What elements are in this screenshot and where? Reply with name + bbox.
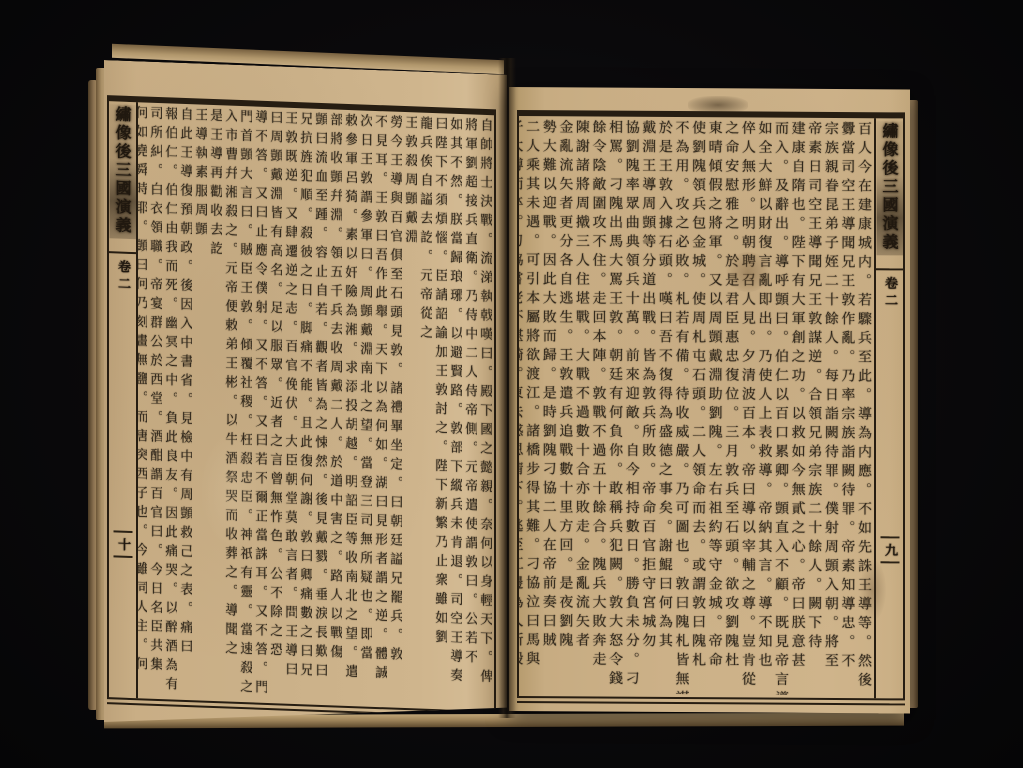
text-column: 宗族親眷昆弟子姪二十餘人。每日詣闕待罪。僕射周顗入朝。將至 bbox=[822, 121, 839, 695]
right-page-text-columns: 百人今在建康城内。若驟兵至此。導為内應。不如先誅王導等。然後釁當司空王導聞兄王敦… bbox=[519, 116, 874, 698]
text-column: 將軍劉超接兵直衛。乃侍中二人侍帝側。元帝遣使謂敦曰。公若不 bbox=[462, 117, 477, 708]
text-column: 勞今王導與百官俱至石頭見敦。諸禮畢坐定。曰朝廷謚兄罷兵。敦 bbox=[387, 114, 402, 705]
text-column: 二人乘其未遇。可引本屬將欲渡江。諸橋步得其難。刁協泣曰馬與 bbox=[524, 119, 541, 693]
text-column: 使劉隗領兵包金城。使周札屯石頭。二人領命而去。或謂敦曰隗札 bbox=[689, 120, 706, 694]
text-column: 之命安慰雅之。於是君臣惠忠復位。三月敦兵至石頭。欲攻劉隗杜 bbox=[723, 120, 740, 694]
text-column: 龍兵俟自謚去訖。元帝從之 bbox=[417, 115, 432, 706]
right-page: 百人今在建康城内。若驟兵至此。導為内應。不如先誅王導等。然後釁當司空王導聞兄王敦… bbox=[509, 87, 910, 713]
left-margin-juan-label: 卷二 bbox=[113, 259, 132, 294]
text-column: 勢大難以迎戰。因此大敗而歸。是時劉隗刁協二人在帝前奏曰賊 bbox=[540, 119, 557, 693]
text-column: 自帥將士決戰。流涕執戟嘆曰。殿下國之懿親。奈何以身輕天下。俾 bbox=[477, 118, 492, 709]
text-column: 王導執素服周顗 bbox=[192, 107, 207, 698]
text-column: 敕參軍呂猗。素以奸險為湘。求添投胡越。明詔臣等收南北之望。遣 bbox=[342, 113, 357, 704]
left-text-frame: 繡像後三國演義 卷二 十 自帥將士決戰。流涕執戟嘆曰。殿下國之懿親。奈何以身輕天… bbox=[107, 95, 496, 713]
text-column: 陳謝諸將周撠三人住堪戰。大戰不過數十合亦敗走。金亂流矢者 bbox=[573, 119, 590, 693]
text-column: 部將收顗幷淵。領五千兵去收周戴二人。於道中害之。路人以戰傷 bbox=[327, 112, 342, 703]
text-column: 兄抗旌犯順。殺彼之日。脚痛不能。且此復何謝。敦曰卿痛數之曰兄 bbox=[297, 111, 312, 702]
text-column: 百人今在建康城内。若驟兵至此。導為内應。不如先誅王導等。然後 bbox=[855, 121, 872, 695]
photo-background: 繡像後三國演義 卷二 十 自帥將士決戰。流涕執戟嘆曰。殿下國之懿親。奈何以身輕天… bbox=[0, 0, 1023, 768]
right-margin-divider bbox=[876, 268, 903, 270]
text-column: 自此王導復預朝政。後因入中書省。見檢中有周顗救己之表。痛曰 bbox=[177, 107, 192, 698]
text-column: 東晴傾假之將軍。又以周顗戴淵助劉隗。左右祖約等守金城。帝命 bbox=[706, 120, 723, 694]
text-column: 入市曹幷湘殺之。元帝便敕弟王彬。以牛酒祭哭而收葬之。導聞之 bbox=[222, 108, 237, 699]
text-column: 餘令陰敵圍攻不住。走回本陣。敦戰不過五十餘合。隗兵大敗奔走 bbox=[590, 119, 607, 693]
text-column: 建康自隋也。陛下有大軍創之功。以救如今無貳之心。帝曰朕意甚 bbox=[789, 121, 806, 695]
text-column: 何如堯舜時耶。顗曰何乃刻畫無鹽。而唐突西子也。今雖同人主。何 bbox=[138, 105, 147, 696]
text-column: 倅人無形。明朝聘召人見。夕清波百本。帝曰導以宰輔之尊。豈肯從 bbox=[739, 120, 756, 694]
right-margin-strip: 繡像後三國演義 卷二 九 bbox=[874, 118, 903, 698]
text-column: 曰周顗戴淵皆有高名。足以服眾。近者之言曾無怍色。公不除之恐 bbox=[267, 110, 282, 701]
right-text-frame: 百人今在建康城内。若驟兵至此。導為内應。不如先誅王導等。然後釁當司空王導聞兄王敦… bbox=[517, 110, 905, 700]
text-column: 戴淵王導周顗等分道出戰。皆為敦兵所敗。帝命百官拒守宮城勿 bbox=[640, 120, 657, 694]
text-column: 王敦殺周顗戴淵 bbox=[402, 115, 417, 706]
text-column: 子太傅而卒。刁協嘗老不堪騎。東去感恩情下。逃至江邊為人所殺 bbox=[519, 119, 524, 693]
right-margin-juan-label: 卷二 bbox=[880, 276, 899, 310]
text-column: 司所糾。白衣領職。帝宴群公於西堂。酒酣謂百官曰。今日名臣共集 bbox=[147, 106, 162, 697]
left-page-text-columns: 自帥將士決戰。流涕執戟嘆曰。殿下國之懿親。奈何以身輕天下。俾將軍劉超接兵直衛。乃… bbox=[138, 102, 494, 711]
text-column: 不為用。攻之必敗。札若有備。待收威嚴。乃可圖也。敦曰隗札皆無謀 bbox=[673, 120, 690, 694]
left-page-number: 十 bbox=[113, 530, 132, 558]
text-column: 如全大鮮以財復言亂即出。乃使人上表救導。帝納其言。導不知也 bbox=[756, 121, 773, 695]
left-margin-divider bbox=[109, 251, 136, 254]
text-column: 帝素日司空王導聞兄王敦謀逆。合領兄弟宗族二十餘人。闕下待 bbox=[806, 121, 823, 695]
text-column: 協劉隗率眾曲典領兵十萬。前來迎敵。自今相持數日。勝負未分。刁 bbox=[623, 120, 640, 694]
text-column: 而入。及辭出。導呼顗曰。伯仁以百口累卿。顗直入不顧。既見帝言導 bbox=[772, 121, 789, 695]
right-page-number: 九 bbox=[880, 536, 899, 563]
text-column: 不見耳。王敦曰吾作此舉。天下以為何如。湖曰見形者謂之逆。體誠 bbox=[372, 114, 387, 705]
text-column: 導不答。又曰止應令僕射。又不答。又曰若不爾正當誅耳。又不答。門 bbox=[252, 109, 267, 700]
text-column: 報伯仁。伯仁由我而死。幽冥之中。負此良友。因此痛哭。以醉酒為有 bbox=[162, 106, 177, 697]
text-column: 如其不然。朕當歸琅琊。以避賢路。敦部下縱兵未肯退。司空王導奏 bbox=[447, 117, 462, 708]
text-column: 曰陛下不須煩惱。臣請詔諭加王敦討之。陛下新繁乃止衆雖如劉 bbox=[432, 116, 447, 707]
text-column: 門首顗大言曰。賊臣王敦。傾覆社稷。枉殺忠臣。神祇有靈。當速殺之 bbox=[237, 109, 252, 700]
text-column: 於是王敦入據石頭。嘆曰吾不復得為盛德之事矣。謝鯤曰何為其 bbox=[656, 120, 673, 694]
right-margin-book-title: 繡像後三國演義 bbox=[876, 121, 903, 255]
left-page: 繡像後三國演義 卷二 十 自帥將士決戰。流涕執戟嘆曰。殿下國之懿親。奈何以身輕天… bbox=[104, 60, 507, 737]
text-column: 相罵。刁隗出馬大罵王敦。朝廷有何負你。敢稱兵犯闕。敦大怒令錢 bbox=[607, 120, 624, 694]
text-column: 金亂流矢者更分各自逃生。王敦遣兵追戰數十里方回。是夜劉隗 bbox=[557, 119, 574, 693]
text-column: 是王導再勸收去訖 bbox=[207, 108, 222, 699]
book-gutter-shadow bbox=[498, 58, 516, 718]
left-margin-strip: 繡像後三國演義 卷二 十 bbox=[109, 101, 138, 698]
text-column: 釁當司空王導聞兄王敦作亂。乃率宗族詣闕待罪。帝素知導忠。不 bbox=[839, 121, 856, 695]
text-column: 次日王敦謂參軍曰。周顗戴淵南北之望。當登三司無所疑也。即當 bbox=[357, 113, 372, 704]
text-column: 王敦既逆。又肆遷逆之志。百官俛伏。大臣朝堂莫敢言者。問王導曰 bbox=[282, 111, 297, 702]
left-margin-book-title: 繡像後三國演義 bbox=[109, 104, 136, 238]
text-column: 顗曰流血至踵。容止自若。觀者皆為之悚然。後見戴戮。垂淚長歎曰 bbox=[312, 112, 327, 703]
